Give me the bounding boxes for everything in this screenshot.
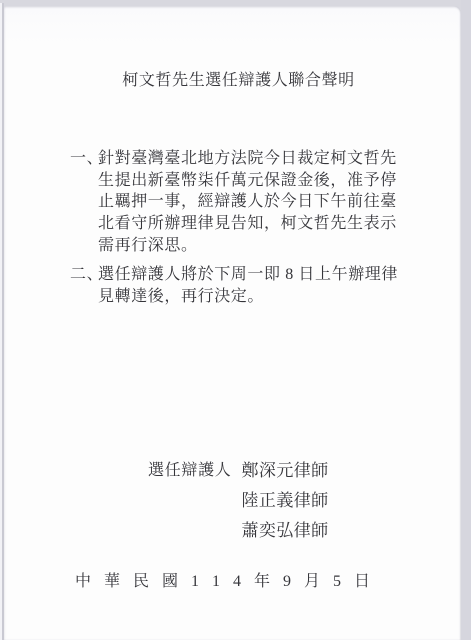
paragraph-2: 二、 選任辯護人將於下周一即 8 日上午辦理律見轉達後，再行決定。 <box>70 264 398 307</box>
lawyer-name: 鄭深元律師 <box>242 456 329 486</box>
paragraph-1-lines: 針對臺灣臺北地方法院今日裁定柯文哲先生提出新臺幣柒仟萬元保證金後，准予停止羈押一… <box>98 148 397 257</box>
paragraph-line: 選任辯護人將於下周一即 8 日上午辦理律 <box>98 264 398 286</box>
paragraph-line: 見轉達後，再行決定。 <box>98 286 398 308</box>
paragraph-line: 生提出新臺幣柒仟萬元保證金後，准予停 <box>98 170 397 192</box>
paragraph-line: 需再行深思。 <box>98 235 397 257</box>
document-paper: 柯文哲先生選任辯護人聯合聲明 一、 針對臺灣臺北地方法院今日裁定柯文哲先生提出新… <box>4 6 461 640</box>
paragraph-line: 針對臺灣臺北地方法院今日裁定柯文哲先 <box>98 148 397 170</box>
paragraph-line: 北看守所辦理律見告知，柯文哲先生表示 <box>98 213 397 235</box>
signature-block: 選任辯護人 鄭深元律師陸正義律師蕭奕弘律師 <box>148 456 329 546</box>
paragraph-1-marker: 一、 <box>70 148 98 170</box>
lawyer-name: 蕭奕弘律師 <box>242 516 329 546</box>
photo-edge-right <box>461 0 471 640</box>
signature-role-label: 選任辯護人 <box>148 456 232 546</box>
photo-background: 柯文哲先生選任辯護人聯合聲明 一、 針對臺灣臺北地方法院今日裁定柯文哲先生提出新… <box>0 0 471 640</box>
document-date: 中 華 民 國 1 1 4 年 9 月 5 日 <box>75 568 375 591</box>
paragraph-1: 一、 針對臺灣臺北地方法院今日裁定柯文哲先生提出新臺幣柒仟萬元保證金後，准予停止… <box>70 148 397 257</box>
paragraph-line: 止羈押一事，經辯護人於今日下午前往臺 <box>98 191 397 213</box>
document-title: 柯文哲先生選任辯護人聯合聲明 <box>4 67 461 90</box>
paragraph-2-lines: 選任辯護人將於下周一即 8 日上午辦理律見轉達後，再行決定。 <box>98 264 398 307</box>
paragraph-2-marker: 二、 <box>70 264 98 286</box>
signature-names: 鄭深元律師陸正義律師蕭奕弘律師 <box>242 456 329 546</box>
lawyer-name: 陸正義律師 <box>242 486 329 516</box>
